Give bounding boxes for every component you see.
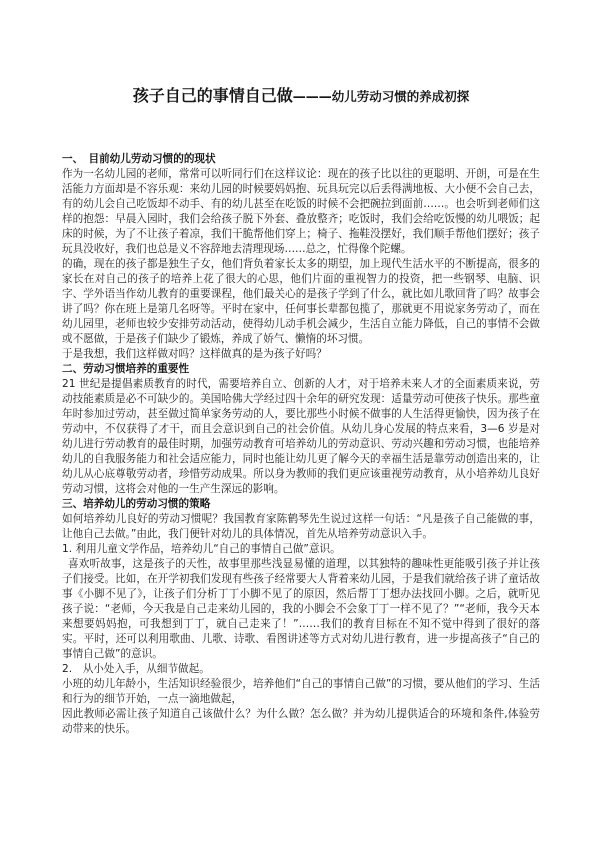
section-3-subitem-2-paragraph-2: 因此教师必需让孩子知道自己该做什么？为什么做？怎么做？并为幼儿提供适合的环境和条…	[62, 707, 540, 737]
section-2-paragraph-1: 21 世纪是提倡素质教育的时代，需要培养自立、创新的人才，对于培养未来人才的全面…	[62, 377, 540, 497]
section-1-paragraph-1: 作为一名幼儿园的老师，常常可以听同行们在这样议论：现在的孩子比以往的更聪明、开朗…	[62, 167, 540, 257]
section-3-paragraph-1: 如何培养幼儿良好的劳动习惯呢？我国教育家陈鹤琴先生说过这样一句话：“凡是孩子自己…	[62, 512, 540, 542]
section-3-subitem-1: 1. 利用儿童文学作品，培养幼儿“自己的事情自己做”意识。	[62, 542, 540, 557]
title-dash: ———	[293, 90, 332, 105]
title-main: 孩子自己的事情自己做	[133, 86, 293, 105]
section-3-subitem-2: 2. 从小处入手，从细节做起。	[62, 662, 540, 677]
section-3-subitem-1-paragraph: 喜欢听故事，这是孩子的天性，故事里那些浅显易懂的道理，以其独特的趣味性更能吸引孩…	[62, 557, 540, 662]
section-1-paragraph-3: 于是我想，我们这样做对吗？这样做真的是为孩子好吗？	[62, 347, 540, 362]
document-title: 孩子自己的事情自己做———幼儿劳动习惯的养成初探	[62, 80, 540, 108]
section-1-heading: 一、 目前幼儿劳动习惯的的现状	[62, 152, 540, 167]
title-subtitle: 幼儿劳动习惯的养成初探	[332, 89, 470, 104]
document-page: 孩子自己的事情自己做———幼儿劳动习惯的养成初探 一、 目前幼儿劳动习惯的的现状…	[0, 0, 600, 850]
section-3-heading: 三、培养幼儿的劳动习惯的策略	[62, 497, 540, 512]
section-1-paragraph-2: 的确，现在的孩子都是独生子女，他们背负着家长太多的期望，加上现代生活水平的不断提…	[62, 257, 540, 347]
section-3-subitem-2-paragraph-1: 小班的幼儿年龄小，生活知识经验很少，培养他们“自己的事情自己做”的习惯，要从他们…	[62, 677, 540, 707]
document-body: 一、 目前幼儿劳动习惯的的现状 作为一名幼儿园的老师，常常可以听同行们在这样议论…	[62, 152, 540, 737]
section-2-heading: 二、劳动习惯培养的重要性	[62, 362, 540, 377]
